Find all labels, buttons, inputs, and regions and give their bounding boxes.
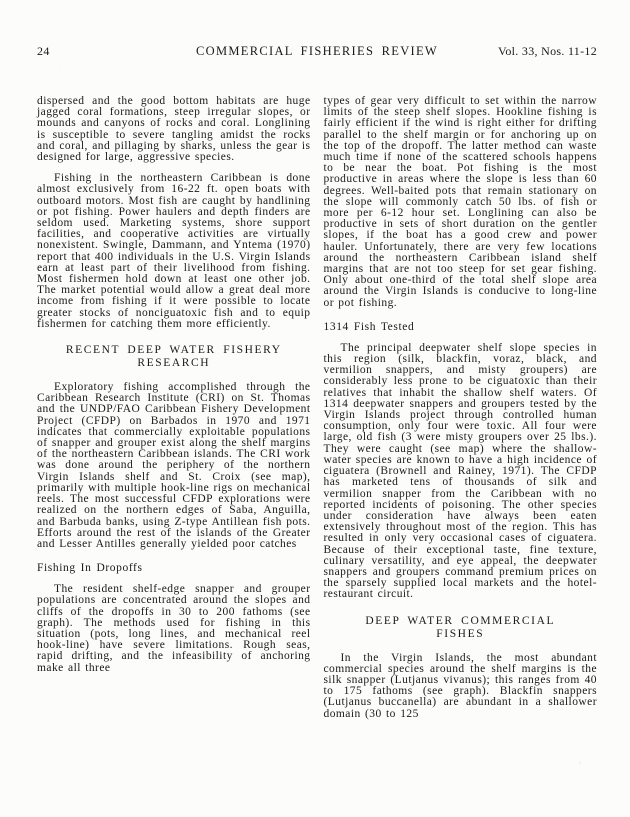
paragraph: dispersed and the good bottom habitats a… bbox=[37, 96, 311, 163]
right-column: types of gear very difficult to set with… bbox=[324, 96, 598, 730]
journal-page: 24 COMMERCIAL FISHERIES REVIEW Vol. 33, … bbox=[0, 0, 630, 817]
paragraph: The principal deepwater shelf slope spec… bbox=[324, 343, 598, 601]
subsection-heading-1314-fish-tested: 1314 Fish Tested bbox=[324, 321, 598, 333]
paragraph: In the Virgin Islands, the most abundant… bbox=[324, 653, 598, 720]
subsection-heading-fishing-in-dropoffs: Fishing In Dropoffs bbox=[37, 562, 311, 574]
volume-issue-label: Vol. 33, Nos. 11-12 bbox=[438, 44, 597, 59]
two-column-body: dispersed and the good bottom habitats a… bbox=[37, 96, 597, 730]
left-column: dispersed and the good bottom habitats a… bbox=[37, 96, 311, 730]
paragraph: The resident shelf-edge snapper and grou… bbox=[37, 584, 311, 674]
paragraph: Fishing in the northeastern Caribbean is… bbox=[37, 173, 311, 330]
running-header: 24 COMMERCIAL FISHERIES REVIEW Vol. 33, … bbox=[37, 44, 597, 59]
page-number: 24 bbox=[37, 44, 196, 59]
section-heading-recent-deep-water-fishery-research: RECENT DEEP WATER FISHERY RESEARCH bbox=[55, 344, 293, 370]
paragraph: Exploratory fishing accomplished through… bbox=[37, 382, 311, 550]
journal-title: COMMERCIAL FISHERIES REVIEW bbox=[196, 44, 438, 59]
section-heading-deep-water-commercial-fishes: DEEP WATER COMMERCIAL FISHES bbox=[342, 615, 580, 641]
paragraph: types of gear very difficult to set with… bbox=[324, 96, 598, 309]
